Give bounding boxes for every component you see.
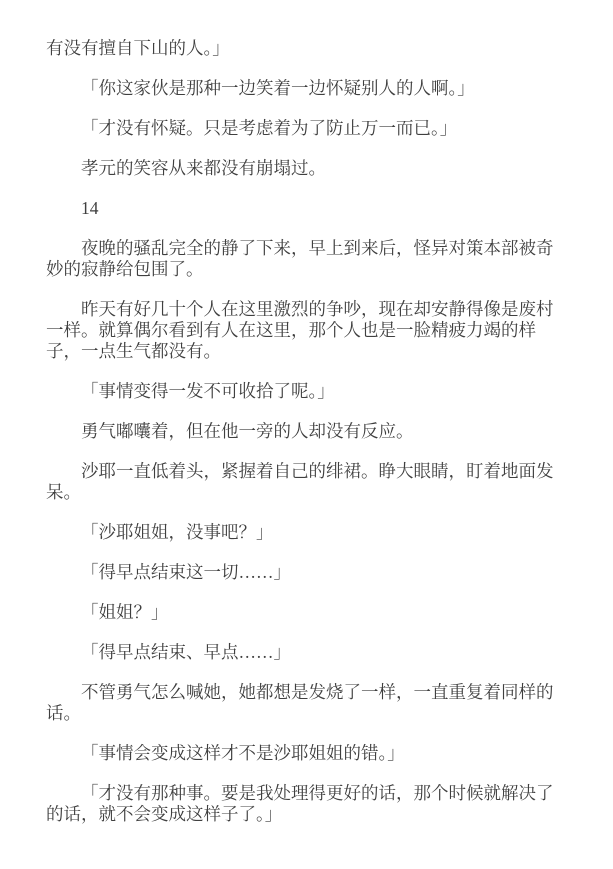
dialogue-paragraph: 「事情会变成这样才不是沙耶姐姐的错。」: [46, 743, 568, 764]
dialogue-paragraph: 「事情变得一发不可收拾了呢。」: [46, 381, 568, 402]
dialogue-paragraph: 「才没有怀疑。只是考虑着为了防止万一而已。」: [46, 118, 568, 139]
dialogue-paragraph: 「才没有那种事。要是我处理得更好的话，那个时候就解决了的话，就不会变成这样子了。…: [46, 783, 568, 825]
dialogue-paragraph: 「得早点结束这一切……」: [46, 562, 568, 583]
narration-paragraph: 昨天有好几十个人在这里激烈的争吵，现在却安静得像是废村一样。就算偶尔看到有人在这…: [46, 299, 568, 362]
narration-paragraph: 不管勇气怎么喊她，她都想是发烧了一样，一直重复着同样的话。: [46, 682, 568, 724]
section-number: 14: [46, 198, 568, 219]
narration-paragraph: 孝元的笑容从来都没有崩塌过。: [46, 158, 568, 179]
continuation-paragraph: 有没有擅自下山的人。」: [46, 38, 568, 59]
narration-paragraph: 沙耶一直低着头，紧握着自己的绯裙。睁大眼睛，盯着地面发呆。: [46, 461, 568, 503]
dialogue-paragraph: 「你这家伙是那种一边笑着一边怀疑别人的人啊。」: [46, 78, 568, 99]
dialogue-paragraph: 「姐姐？」: [46, 602, 568, 623]
dialogue-paragraph: 「得早点结束、早点……」: [46, 642, 568, 663]
document-page: 有没有擅自下山的人。」 「你这家伙是那种一边笑着一边怀疑别人的人啊。」 「才没有…: [0, 0, 613, 869]
narration-paragraph: 夜晚的骚乱完全的静了下来，早上到来后，怪异对策本部被奇妙的寂静给包围了。: [46, 238, 568, 280]
dialogue-paragraph: 「沙耶姐姐，没事吧？」: [46, 522, 568, 543]
narration-paragraph: 勇气嘟囔着，但在他一旁的人却没有反应。: [46, 421, 568, 442]
